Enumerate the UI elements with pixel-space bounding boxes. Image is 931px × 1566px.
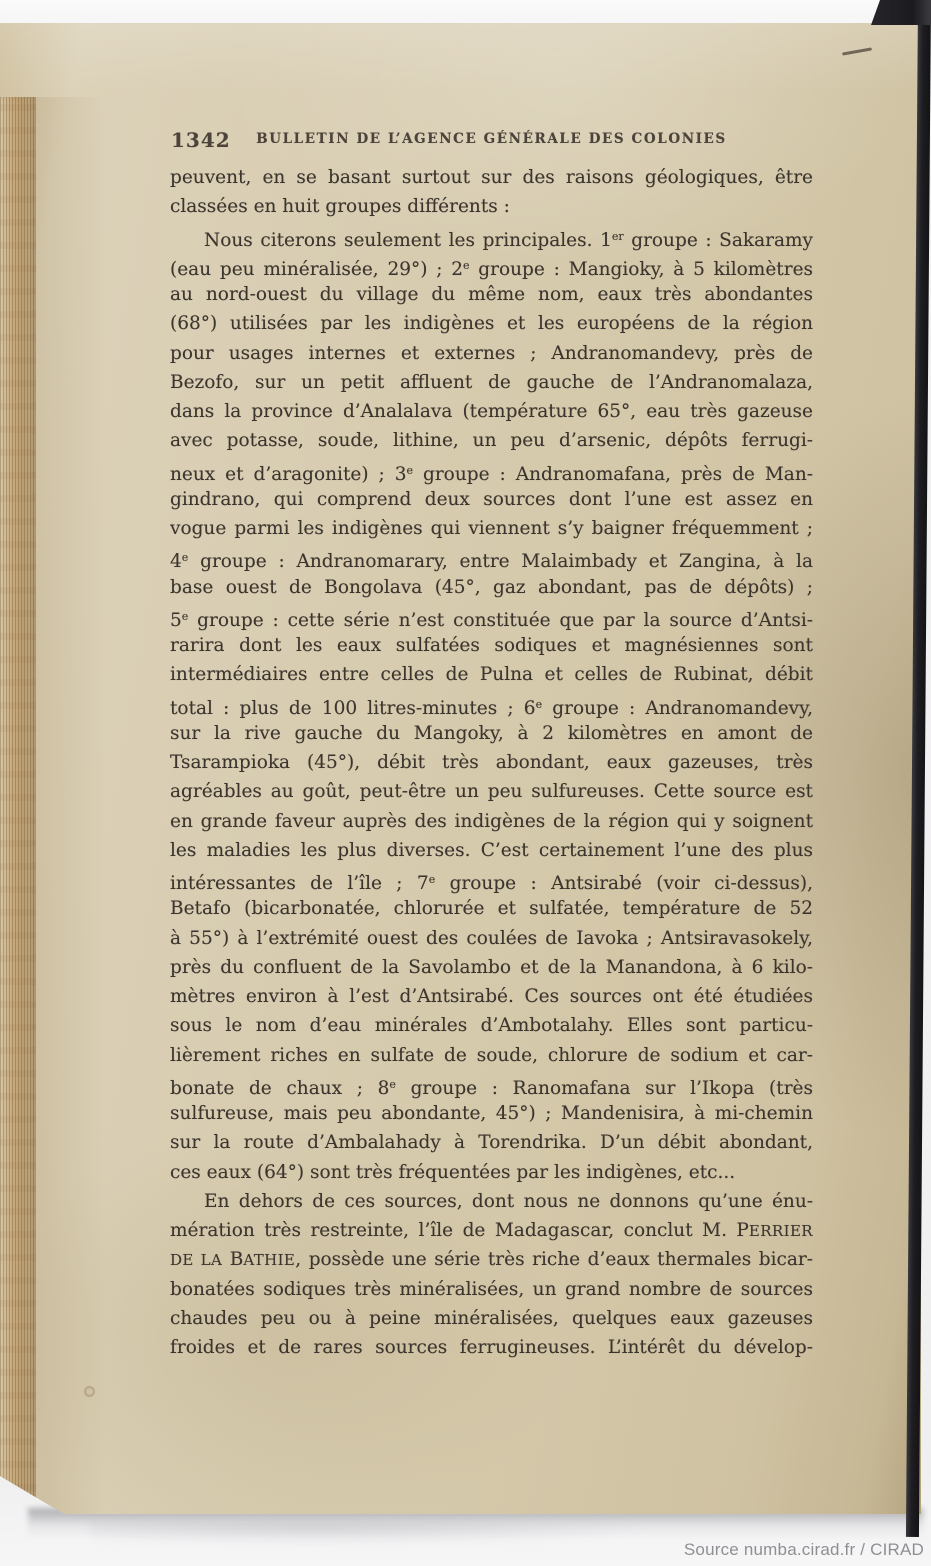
text-line: de la Bathie, possède une série très ric… xyxy=(170,1245,813,1274)
text-line: 4e groupe : Andranomarary, entre Malaimb… xyxy=(170,543,813,572)
body-text: peuvent, en se basant surtout sur des ra… xyxy=(170,163,813,1362)
text-line: sur la rive gauche du Mangoky, à 2 kilom… xyxy=(170,719,813,748)
text-line: classées en huit groupes différents : xyxy=(170,192,813,221)
text-line: Nous citerons seulement les principales.… xyxy=(170,222,813,251)
book-page: 1342 BULLETIN DE L’AGENCE GÉNÉRALE DES C… xyxy=(0,23,921,1514)
text-line: pour usages internes et externes ; Andra… xyxy=(170,339,813,368)
text-line: bonatées sodiques très minéralisées, un … xyxy=(170,1275,813,1304)
text-line: Tsarampioka (45°), débit très abondant, … xyxy=(170,748,813,777)
text-line: base ouest de Bongolava (45°, gaz abonda… xyxy=(170,573,813,602)
text-line: les maladies les plus diverses. C’est ce… xyxy=(170,836,813,865)
text-line: dans la province d’Analalava (températur… xyxy=(170,397,813,426)
text-line: gindrano, qui comprend deux sources dont… xyxy=(170,485,813,514)
page-number: 1342 xyxy=(171,128,231,152)
page-header: 1342 BULLETIN DE L’AGENCE GÉNÉRALE DES C… xyxy=(170,127,813,155)
text-line: intermédiaires entre celles de Pulna et … xyxy=(170,660,813,689)
text-line: chaudes peu ou à peine minéralisées, que… xyxy=(170,1304,813,1333)
text-line: mètres environ à l’est d’Antsirabé. Ces … xyxy=(170,982,813,1011)
printed-content: 1342 BULLETIN DE L’AGENCE GÉNÉRALE DES C… xyxy=(0,23,921,1514)
text-line: lièrement riches en sulfate de soude, ch… xyxy=(170,1041,813,1070)
text-line: mération très restreinte, l’île de Madag… xyxy=(170,1216,813,1245)
running-title: BULLETIN DE L’AGENCE GÉNÉRALE DES COLONI… xyxy=(170,127,813,147)
book-cover-corner xyxy=(871,0,931,25)
text-line: avec potasse, soude, lithine, un peu d’a… xyxy=(170,426,813,455)
scan-background: 1342 BULLETIN DE L’AGENCE GÉNÉRALE DES C… xyxy=(0,0,931,1566)
text-line: agréables au goût, peut-être un peu sulf… xyxy=(170,777,813,806)
text-line: Betafo (bicarbonatée, chlorurée et sulfa… xyxy=(170,894,813,923)
scan-shadow-streak xyxy=(90,1520,650,1546)
text-line: ces eaux (64°) sont très fréquentées par… xyxy=(170,1158,813,1187)
text-line: peuvent, en se basant surtout sur des ra… xyxy=(170,163,813,192)
text-line: intéressantes de l’île ; 7e groupe : Ant… xyxy=(170,865,813,894)
text-line: vogue parmi les indigènes qui viennent s… xyxy=(170,514,813,543)
text-line: neux et d’aragonite) ; 3e groupe : Andra… xyxy=(170,456,813,485)
text-line: à 55°) à l’extrémité ouest des coulées d… xyxy=(170,924,813,953)
text-line: 5e groupe : cette série n’est constituée… xyxy=(170,602,813,631)
text-line: sous le nom d’eau minérales d’Ambotalahy… xyxy=(170,1011,813,1040)
text-line: près du confluent de la Savolambo et de … xyxy=(170,953,813,982)
text-line: sur la route d’Ambalahady à Torendrika. … xyxy=(170,1128,813,1157)
text-line: sulfureuse, mais peu abondante, 45°) ; M… xyxy=(170,1099,813,1128)
footer-credit: Source numba.cirad.fr / CIRAD xyxy=(684,1540,924,1560)
text-line: au nord-ouest du village du même nom, ea… xyxy=(170,280,813,309)
text-line: total : plus de 100 litres-minutes ; 6e … xyxy=(170,690,813,719)
text-line: (eau peu minéralisée, 29°) ; 2e groupe :… xyxy=(170,251,813,280)
text-line: en grande faveur auprès des indigènes de… xyxy=(170,807,813,836)
text-line: bonate de chaux ; 8e groupe : Ranomafana… xyxy=(170,1070,813,1099)
text-line: En dehors de ces sources, dont nous ne d… xyxy=(170,1187,813,1216)
text-line: (68°) utilisées par les indigènes et les… xyxy=(170,309,813,338)
text-line: froides et de rares sources ferrugineuse… xyxy=(170,1333,813,1362)
text-line: rarira dont les eaux sulfatées sodiques … xyxy=(170,631,813,660)
text-line: Bezofo, sur un petit affluent de gauche … xyxy=(170,368,813,397)
